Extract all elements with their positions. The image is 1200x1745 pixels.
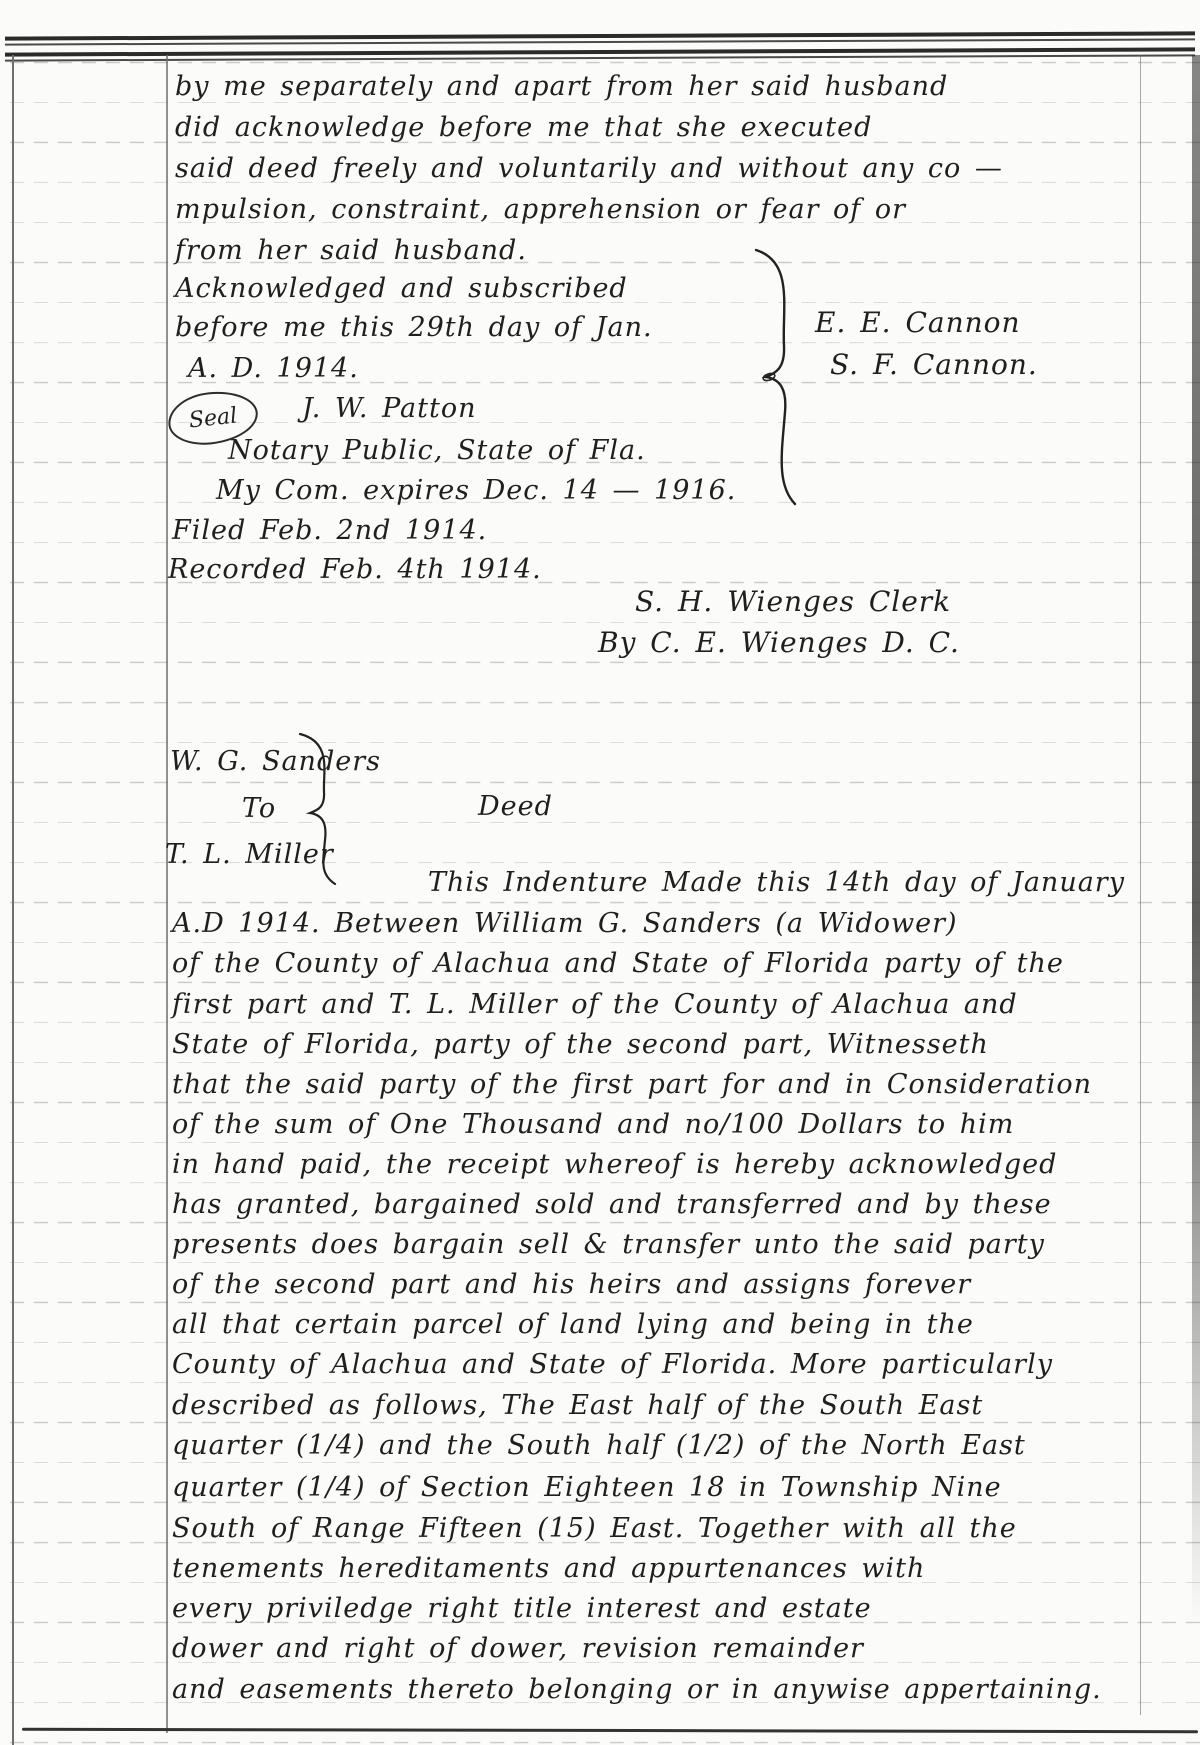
bottom-rule — [22, 1728, 1198, 1733]
deed-body-line: of the sum of One Thousand and no/100 Do… — [172, 1108, 1014, 1142]
deed-body-line: described as follows, The East half of t… — [172, 1389, 983, 1423]
deed-body-line: all that certain parcel of land lying an… — [172, 1308, 974, 1342]
ack-line: by me separately and apart from her said… — [175, 70, 948, 104]
ack-line: Acknowledged and subscribed — [175, 272, 628, 306]
right-margin-line — [1140, 55, 1141, 1715]
ack-line: did acknowledge before me that she execu… — [175, 111, 872, 145]
filed-date: Filed Feb. 2nd 1914. — [172, 514, 487, 548]
brace-icon — [742, 246, 812, 508]
deed-body-line: every priviledge right title interest an… — [172, 1592, 872, 1626]
deed-body-line: first part and T. L. Miller of the Count… — [172, 988, 1018, 1022]
ack-line: A. D. 1914. — [188, 352, 359, 386]
deed-body-line: presents does bargain sell & transfer un… — [172, 1228, 1045, 1262]
deed-body-line: of the second part and his heirs and ass… — [172, 1268, 971, 1302]
deed-body-line: County of Alachua and State of Florida. … — [172, 1348, 1053, 1382]
grantor-signature-1: E. E. Cannon — [815, 306, 1021, 340]
party-connector: To — [242, 792, 276, 826]
instrument-type: Deed — [478, 790, 553, 824]
scan-edge-shadow — [1192, 55, 1200, 1625]
notary-title: Notary Public, State of Fla. — [228, 434, 646, 468]
deed-body-line: This Indenture Made this 14th day of Jan… — [428, 866, 1125, 900]
notary-seal-label: Seal — [188, 403, 239, 433]
deed-body-line: of the County of Alachua and State of Fl… — [172, 947, 1064, 981]
deed-body-line: in hand paid, the receipt whereof is her… — [172, 1148, 1057, 1182]
ledger-page: by me separately and apart from her said… — [0, 0, 1200, 1745]
notary-name: J. W. Patton — [302, 392, 477, 426]
deed-body-line: quarter (1/4) of Section Eighteen 18 in … — [172, 1471, 1002, 1505]
ack-line: from her said husband. — [175, 234, 527, 268]
ack-line: said deed freely and voluntarily and wit… — [175, 152, 1003, 186]
grantor-signature-2: S. F. Cannon. — [830, 348, 1038, 382]
brace-icon — [290, 730, 345, 888]
deed-body-line: dower and right of dower, revision remai… — [172, 1632, 864, 1666]
deed-body-line: quarter (1/4) and the South half (1/2) o… — [172, 1429, 1026, 1463]
deputy-clerk-signature: By C. E. Wienges D. C. — [598, 626, 960, 660]
ack-line: mpulsion, constraint, apprehension or fe… — [175, 193, 906, 227]
deed-body-line: and easements thereto belonging or in an… — [172, 1673, 1102, 1707]
ack-line: before me this 29th day of Jan. — [175, 311, 653, 345]
party-grantor: W. G. Sanders — [170, 745, 381, 779]
deed-body-line: A.D 1914. Between William G. Sanders (a … — [172, 907, 958, 941]
deed-body-line: tenements hereditaments and appurtenance… — [172, 1552, 925, 1586]
left-margin-line — [166, 55, 168, 1733]
deed-body-line: State of Florida, party of the second pa… — [172, 1028, 989, 1062]
recorded-date: Recorded Feb. 4th 1914. — [168, 553, 542, 587]
deed-body-line: South of Range Fifteen (15) East. Togeth… — [172, 1512, 1017, 1546]
left-edge-line — [12, 55, 14, 1745]
commission-expiry: My Com. expires Dec. 14 — 1916. — [216, 474, 736, 508]
clerk-signature: S. H. Wienges Clerk — [635, 585, 951, 619]
deed-body-line: that the said party of the first part fo… — [172, 1068, 1092, 1102]
deed-body-line: has granted, bargained sold and transfer… — [172, 1188, 1052, 1222]
